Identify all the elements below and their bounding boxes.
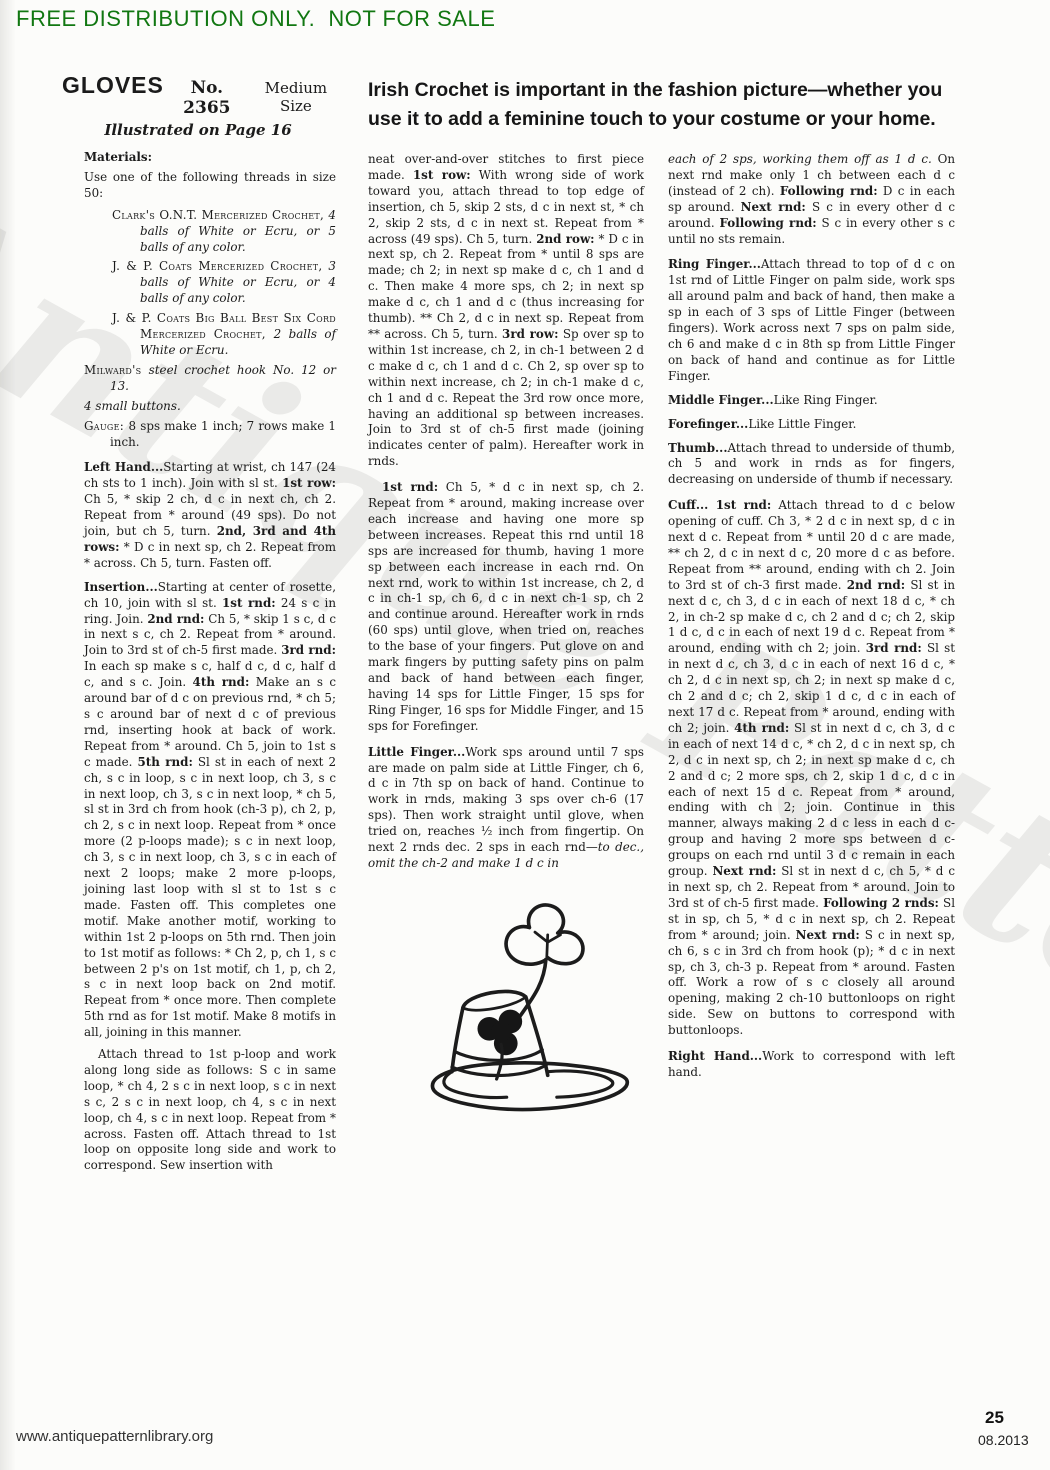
text-run: 3rd rnd: — [866, 641, 922, 655]
text-run: Next rnd: — [712, 864, 776, 878]
text-run: Right Hand... — [668, 1049, 762, 1063]
insertion-section: Insertion...Starting at center of rosett… — [84, 580, 336, 1041]
text-run: 1st row: — [282, 476, 336, 490]
text-run: Insertion... — [84, 580, 158, 594]
text-run: 8 sps make 1 inch; 7 rows make 1 inch. — [110, 419, 336, 449]
column-left: Materials:Use one of the following threa… — [84, 150, 336, 1180]
page-number: 25 — [985, 1408, 1004, 1428]
material-item: Milward's steel crochet hook No. 12 or 1… — [110, 363, 336, 395]
text-run: Cuff... 1st rnd: — [668, 498, 771, 512]
text-run: Little Finger... — [368, 745, 465, 759]
material-item: J. & P. Coats Big Ball Best Six Cord Mer… — [140, 311, 336, 359]
text-run: Attach thread to top of d c on 1st rnd o… — [668, 257, 955, 382]
intro-line-1: Irish Crochet is important in the fashio… — [368, 76, 960, 105]
text-run: Like Ring Finger. — [774, 393, 878, 407]
intro-line-2: use it to add a feminine touch to your c… — [368, 105, 960, 134]
glove-rounds: 1st rnd: Ch 5, * d c in next sp, ch 2. R… — [368, 480, 644, 735]
text-run: Next rnd: — [796, 928, 860, 942]
banner-text: FREE DISTRIBUTION ONLY. NOT FOR SALE — [16, 6, 495, 32]
gauge-note: Gauge: 8 sps make 1 inch; 7 rows make 1 … — [110, 419, 336, 451]
column-right: each of 2 sps, working them off as 1 d c… — [668, 152, 955, 1087]
text-run: Use one of the following threads in size… — [84, 170, 336, 200]
text-run: Following 2 rnds: — [823, 896, 939, 910]
text-run: Left Hand... — [84, 460, 163, 474]
cuff-section: Cuff... 1st rnd: Attach thread to d c be… — [668, 498, 955, 1039]
material-item: J. & P. Coats Mercerized Crochet, 3 ball… — [140, 259, 336, 307]
pattern-subtitle: Illustrated on Page 16 — [62, 121, 334, 139]
text-run: 4th rnd: — [734, 721, 789, 735]
materials-intro: Use one of the following threads in size… — [84, 170, 336, 202]
little-finger-section: Little Finger...Work sps around until 7 … — [368, 745, 644, 872]
page-title: GLOVES — [62, 72, 164, 99]
shamrock-hat-icon — [410, 900, 638, 1112]
text-run: * D c in next sp, ch 2. Repeat from * ac… — [84, 540, 336, 570]
insertion-edging: Attach thread to 1st p-loop and work alo… — [84, 1047, 336, 1174]
text-run: Clark's O.N.T. Mercerized Crochet, — [112, 208, 328, 222]
text-run: Work sps around until 7 sps are made on … — [368, 745, 644, 854]
scan-edge-shading — [0, 0, 16, 1470]
text-run: 4th rnd: — [193, 675, 250, 689]
text-run: Gauge: — [84, 419, 129, 433]
text-run: 1st row: — [413, 168, 471, 182]
text-run: 3rd row: — [502, 327, 558, 341]
pattern-size: Medium Size — [258, 79, 334, 115]
text-run: Ring Finger... — [668, 257, 761, 271]
text-run: 1st rnd: — [222, 596, 276, 610]
scan-date: 08.2013 — [978, 1432, 1029, 1448]
ring-finger-section: Ring Finger...Attach thread to top of d … — [668, 257, 955, 384]
text-run: Middle Finger... — [668, 393, 774, 407]
text-run: 2nd rnd: — [847, 578, 905, 592]
text-run: Sl st in next d c, ch 3, d c in each of … — [668, 721, 955, 878]
text-run: Attach thread to 1st p-loop and work alo… — [84, 1047, 336, 1172]
text-run: Materials: — [84, 150, 152, 164]
text-run: Sp over sp to within 1st increase, ch 2,… — [368, 327, 644, 468]
text-run: Like Little Finger. — [748, 417, 856, 431]
intro-blurb: Irish Crochet is important in the fashio… — [368, 76, 960, 135]
text-run: each of 2 sps, working them off as 1 d c… — [668, 152, 932, 166]
shamrock-hat-illustration — [410, 900, 638, 1117]
materials-heading: Materials: — [84, 150, 336, 166]
right-hand-section: Right Hand...Work to correspond with lef… — [668, 1049, 955, 1081]
forefinger-section: Forefinger...Like Little Finger. — [668, 417, 955, 433]
text-run: Thumb... — [668, 441, 727, 455]
text-run: 5th rnd: — [137, 755, 192, 769]
text-run: 4 small buttons. — [84, 399, 181, 413]
middle-finger-section: Middle Finger...Like Ring Finger. — [668, 393, 955, 409]
material-item: Clark's O.N.T. Mercerized Crochet, 4 bal… — [140, 208, 336, 256]
footer-url: www.antiquepatternlibrary.org — [16, 1428, 213, 1445]
text-run: 3rd rnd: — [281, 643, 336, 657]
text-run: Following rnd: — [719, 216, 816, 230]
text-run: Sl st in each of next 2 ch, s c in loop,… — [84, 755, 336, 1039]
text-run: 2nd rnd: — [147, 612, 204, 626]
text-run: 2nd row: — [536, 232, 594, 246]
text-run: Next rnd: — [741, 200, 806, 214]
thumb-section: Thumb...Attach thread to underside of th… — [668, 441, 955, 489]
little-finger-continued: each of 2 sps, working them off as 1 d c… — [668, 152, 955, 247]
column-middle: neat over-and-over stitches to first pie… — [368, 152, 644, 1117]
text-run: 1st rnd: — [382, 480, 438, 494]
text-run: Ch 5, * d c in next sp, ch 2. Repeat fro… — [368, 480, 644, 733]
text-run: Following rnd: — [780, 184, 878, 198]
text-run: Milward's — [84, 363, 149, 377]
glove-body-rows: neat over-and-over stitches to first pie… — [368, 152, 644, 470]
text-run: Forefinger... — [668, 417, 748, 431]
text-run: S c in next sp, ch 6, s c in 3rd ch from… — [668, 928, 955, 1037]
left-hand-section: Left Hand...Starting at wrist, ch 147 (2… — [84, 460, 336, 571]
material-item: 4 small buttons. — [110, 399, 336, 415]
pattern-title-block: GLOVES No. 2365 Medium Size Illustrated … — [62, 72, 334, 139]
pattern-number: No. 2365 — [174, 78, 240, 118]
text-run: * D c in next sp, ch 2. Repeat from * un… — [368, 232, 644, 341]
text-run: J. & P. Coats Mercerized Crochet, — [112, 259, 328, 273]
